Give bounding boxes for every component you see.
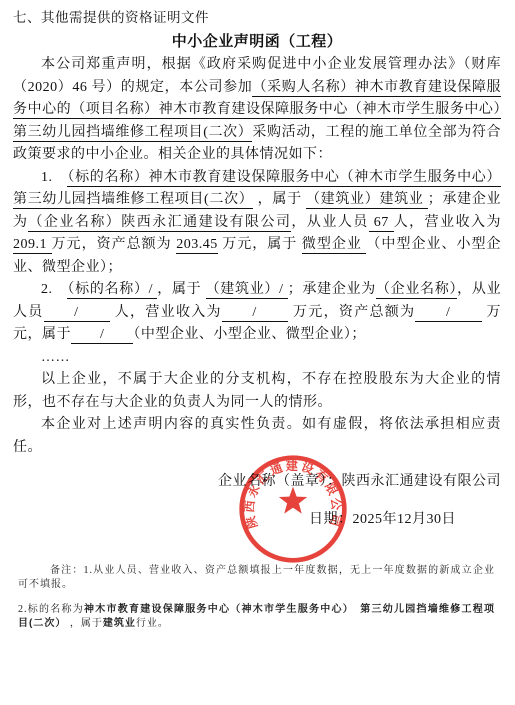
text-segment: （企业名称）陕西永汇通建设有限公司 bbox=[28, 215, 291, 232]
document-content: 七、其他需提供的资格证明文件 中小企业声明函（工程） 本公司郑重声明，根据《政府… bbox=[0, 0, 515, 631]
responsibility-paragraph: 本企业对上述声明内容的真实性负责。如有虚假，将依法承担相应责任。 bbox=[13, 414, 501, 459]
text-segment: ，从业人员 bbox=[291, 215, 368, 230]
text-segment: / bbox=[44, 305, 110, 322]
text-segment: / bbox=[222, 305, 288, 322]
subject-item-2: 2. （标的名称）/ ，属于 （建筑业）/ ；承建企业为（企业名称），从业人员 … bbox=[13, 279, 501, 347]
text-segment: ，属于 bbox=[253, 192, 305, 207]
document-title: 中小企业声明函（工程） bbox=[13, 30, 501, 54]
text-segment: 1. bbox=[41, 170, 67, 185]
footnotes: 备注：1.从业人员、营业收入、资产总额填报上一年度数据，无上一年度数据的新成立企… bbox=[13, 564, 501, 631]
subject-item-1: 1. （标的名称）神木市教育建设保障服务中心（神木市学生服务中心）第三幼儿园挡墙… bbox=[13, 167, 501, 280]
text-segment: （标的名称）/ bbox=[67, 282, 157, 299]
text-segment: 203.45 bbox=[176, 237, 218, 254]
ellipsis-line: …… bbox=[13, 347, 501, 370]
no-affiliation-paragraph: 以上企业，不属于大企业的分支机构，不存在控股股东为大企业的情形，也不存在与大企业… bbox=[13, 369, 501, 414]
text-segment: 微型企业 bbox=[302, 237, 367, 254]
text-segment: （建筑业）建筑业 bbox=[306, 192, 428, 209]
text-segment: 人，营业收入为 bbox=[394, 215, 501, 230]
text-segment: 2. bbox=[41, 282, 67, 297]
text-segment: （中型企业、小型企业、微型企业）； bbox=[133, 327, 366, 342]
text-segment: 万元，资产总额为 bbox=[52, 237, 177, 252]
text-segment: 67 bbox=[369, 215, 394, 232]
text-segment: / bbox=[415, 305, 481, 322]
text-segment: 行业。 bbox=[136, 618, 169, 629]
section-heading: 七、其他需提供的资格证明文件 bbox=[13, 8, 501, 28]
footnote-1: 备注：1.从业人员、营业收入、资产总额填报上一年度数据，无上一年度数据的新成立企… bbox=[18, 564, 495, 592]
text-segment: （企业名称） bbox=[376, 282, 457, 299]
text-segment: 人，营业收入为 bbox=[110, 305, 222, 320]
text-segment: 209.1 bbox=[13, 237, 52, 254]
text-segment: ；承建企业为 bbox=[288, 282, 376, 297]
text-segment: （建筑业）/ bbox=[206, 282, 288, 299]
document-page: 七、其他需提供的资格证明文件 中小企业声明函（工程） 本公司郑重声明，根据《政府… bbox=[0, 0, 515, 705]
text-segment: ，属于 bbox=[157, 282, 205, 297]
date-line: 日期：2025年12月30日 bbox=[13, 509, 501, 532]
text-segment: 万元，资产总额为 bbox=[288, 305, 415, 320]
text-segment: 建筑业 bbox=[103, 618, 136, 629]
footnote-2: 2.标的名称为神木市教育建设保障服务中心（神木市学生服务中心） 第三幼儿园挡墙维… bbox=[18, 603, 495, 631]
text-segment: 万元，属于 bbox=[218, 237, 302, 252]
text-segment: ，属于 bbox=[66, 618, 103, 629]
text-segment: / bbox=[71, 327, 133, 344]
text-segment: 2.标的名称为 bbox=[18, 604, 84, 615]
declaration-paragraph: 本公司郑重声明，根据《政府采购促进中小企业发展管理办法》（财库（2020）46 … bbox=[13, 54, 501, 167]
company-signature-line: 企业名称（盖章）：陕西永汇通建设有限公司 bbox=[13, 471, 501, 494]
